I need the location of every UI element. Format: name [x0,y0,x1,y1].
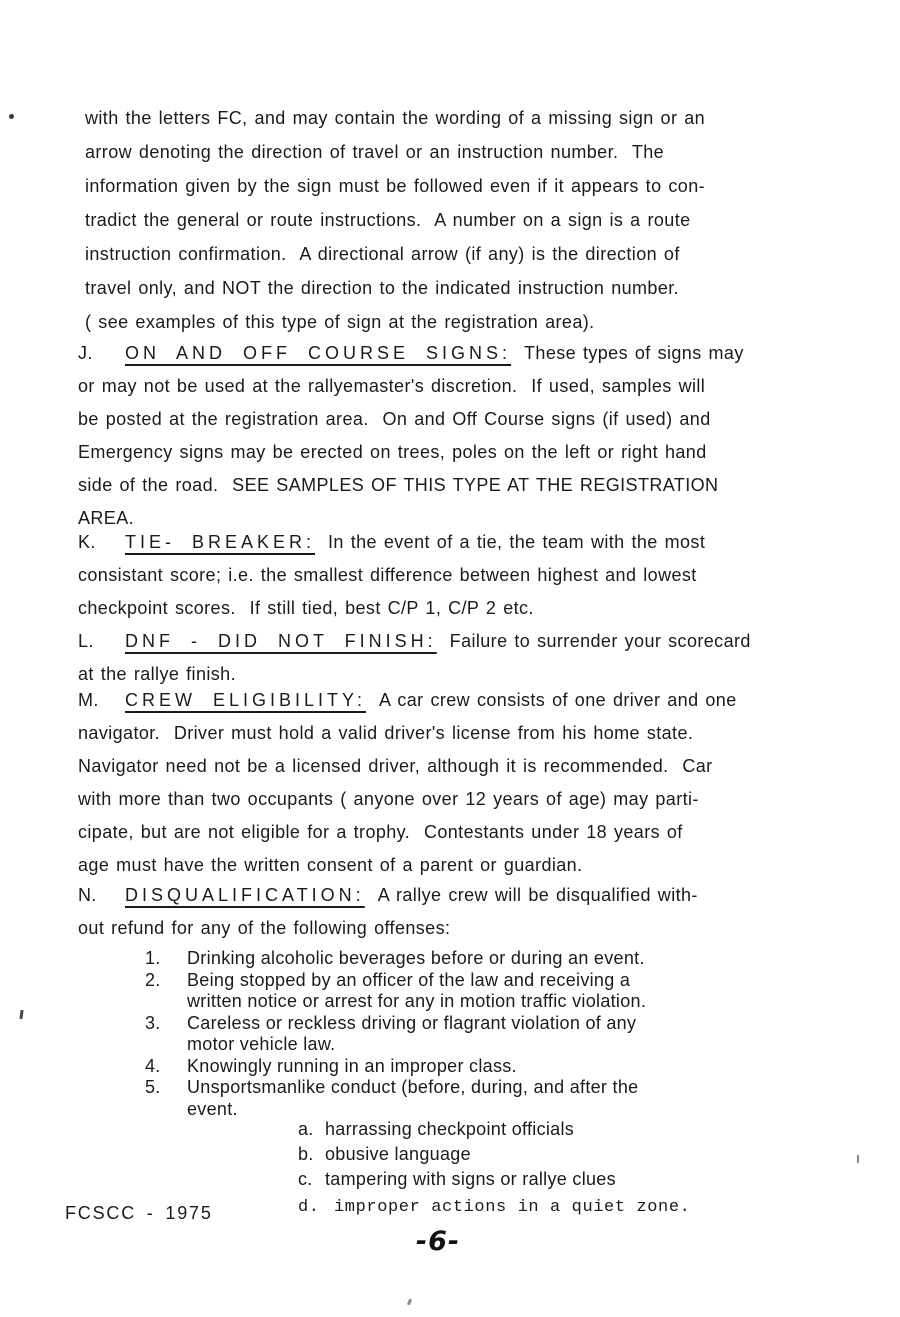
section-heading: DNF - DID NOT FINISH: [125,631,437,651]
list-item-text: Careless or reckless driving or flagrant… [187,1013,825,1056]
section-letter: J. [78,337,125,370]
sub-item-text: obusive language [325,1142,471,1167]
section-heading: TIE- BREAKER: [125,532,315,552]
scan-artifact [407,1299,412,1306]
sub-list-item: d.improper actions in a quiet zone. [298,1195,858,1220]
document-id-label: FCSCC - 1975 [65,1203,213,1224]
section-text: These types of signs may or may not be u… [78,343,744,528]
intro-paragraph: with the letters FC, and may contain the… [85,101,855,339]
offense-list: 1.Drinking alcoholic beverages before or… [145,948,825,1120]
list-item-text: Knowingly running in an improper class. [187,1056,825,1078]
sub-item-letter: b. [298,1142,325,1167]
list-item-number: 1. [145,948,187,970]
list-item-number: 3. [145,1013,187,1056]
section-heading: CREW ELIGIBILITY: [125,690,366,710]
section-heading: DISQUALIFICATION: [125,885,365,905]
section-on-and-off-course-signs: J.ON AND OFF COURSE SIGNS:These types of… [78,337,878,535]
section-text: A car crew consists of one driver and on… [78,690,737,875]
list-item-text: Unsportsmanlike conduct (before, during,… [187,1077,825,1120]
document-page: with the letters FC, and may contain the… [0,0,900,1317]
list-item-text: Being stopped by an officer of the law a… [187,970,825,1013]
sub-item-letter: a. [298,1117,325,1142]
list-item: 2.Being stopped by an officer of the law… [145,970,825,1013]
sub-list-item: c.tampering with signs or rallye clues [298,1167,858,1192]
sub-item-letter: d. [298,1195,334,1220]
list-item-text: Drinking alcoholic beverages before or d… [187,948,825,970]
list-item-number: 2. [145,970,187,1013]
section-tie-breaker: K.TIE- BREAKER:In the event of a tie, th… [78,526,878,625]
scan-artifact [19,1010,23,1019]
list-item: 5.Unsportsmanlike conduct (before, durin… [145,1077,825,1120]
section-letter: N. [78,879,125,912]
sub-list-item: a.harrassing checkpoint officials [298,1117,858,1142]
sub-item-text: tampering with signs or rallye clues [325,1167,616,1192]
scan-artifact [857,1155,859,1163]
section-dnf-did-not-finish: L.DNF - DID NOT FINISH:Failure to surren… [78,625,878,691]
section-disqualification: N.DISQUALIFICATION:A rallye crew will be… [78,879,878,945]
list-item: 1.Drinking alcoholic beverages before or… [145,948,825,970]
list-item-number: 4. [145,1056,187,1078]
list-item: 4.Knowingly running in an improper class… [145,1056,825,1078]
sub-item-letter: c. [298,1167,325,1192]
section-letter: M. [78,684,125,717]
scan-artifact [9,114,14,119]
sub-item-text: harrassing checkpoint officials [325,1117,574,1142]
sub-list-item: b.obusive language [298,1142,858,1167]
section-heading: ON AND OFF COURSE SIGNS: [125,343,511,363]
list-item-number: 5. [145,1077,187,1120]
sub-offense-list: a.harrassing checkpoint officials b.obus… [298,1117,858,1220]
section-crew-eligibility: M.CREW ELIGIBILITY:A car crew consists o… [78,684,878,882]
page-number: -6- [0,1226,876,1257]
list-item: 3.Careless or reckless driving or flagra… [145,1013,825,1056]
section-letter: K. [78,526,125,559]
paragraph-text: with the letters FC, and may contain the… [85,108,705,332]
section-letter: L. [78,625,125,658]
sub-item-text: improper actions in a quiet zone. [334,1195,690,1220]
